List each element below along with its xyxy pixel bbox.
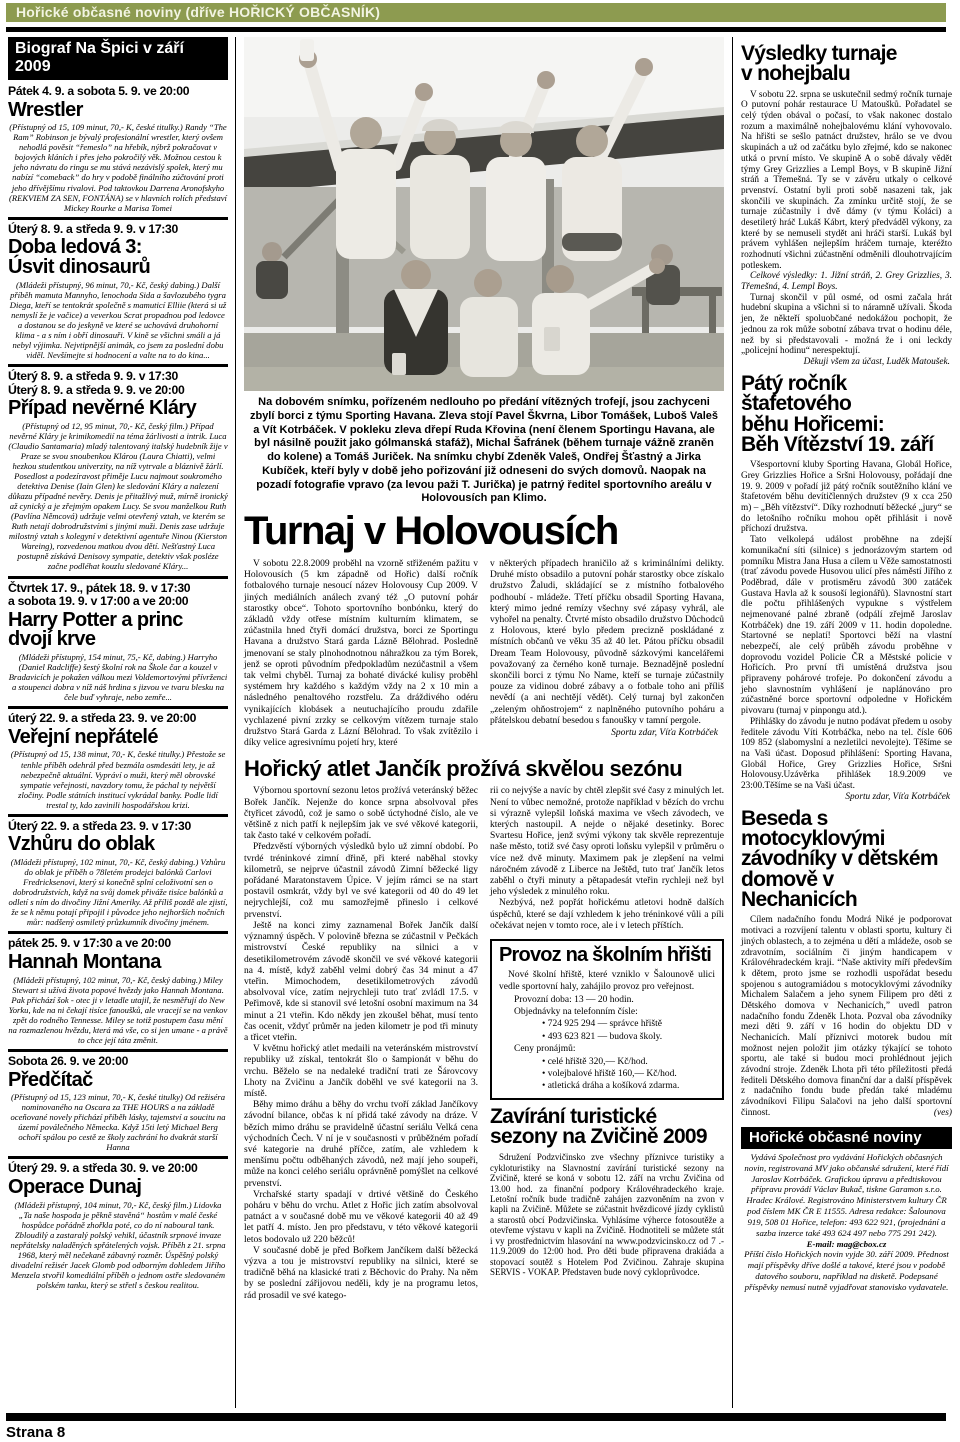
movie-title: Doba ledová 3: Úsvit dinosaurů <box>8 238 228 277</box>
movie-description: (Mládeži přístupný, 102 minut, 70,- Kč, … <box>8 857 228 927</box>
headline-jancik: Hořický atlet Jančík prožívá skvělou sez… <box>244 758 724 780</box>
movie-date: Úterý 8. 9. a středa 9. 9. v 17:30 <box>8 370 228 384</box>
article-paragraph: Všesportovní kluby Sporting Havana, Glob… <box>741 460 952 535</box>
box-line-phone: • 493 623 821 — budova školy. <box>499 1031 715 1043</box>
article-paragraph: V sobotu 22.8.2009 proběhl na vzorně stř… <box>244 559 478 749</box>
movie-title: Wrestler <box>8 101 228 121</box>
imprint-text: Příští číslo Hořických novin vyjde 30. z… <box>741 1249 952 1292</box>
box-line-price: • atletická dráha a košíková zdarma. <box>499 1080 715 1092</box>
article-holovousy: V sobotu 22.8.2009 proběhl na vzorně stř… <box>244 559 724 749</box>
box-intro: Nové školní hřiště, které vzniklo v Šalo… <box>499 969 715 994</box>
movie-listing: Pátek 4. 9. a sobota 5. 9. ve 20:00 Wres… <box>8 82 228 220</box>
page-content: Biograf Na Špici v září 2009 Pátek 4. 9.… <box>8 37 952 1408</box>
movie-description: (Přístupný od 15, 123 minut, 70,- K, čes… <box>8 1092 228 1152</box>
article-holovousy-col1: V sobotu 22.8.2009 proběhl na vzorně stř… <box>244 559 478 749</box>
article-paragraph: Sdružení Podzvičinsko zve všechny přízni… <box>490 1152 724 1277</box>
masthead: Hořické občasné noviny (dříve HOŘICKÝ OB… <box>6 3 946 22</box>
movie-title: Veřejní nepřátelé <box>8 728 228 748</box>
box-line: Ceny pronájmů: <box>499 1043 715 1055</box>
top-divider <box>6 27 946 32</box>
movie-date: úterý 22. 9. a středa 23. 9. ve 20:00 <box>8 712 228 726</box>
movie-description: (Přístupný od 15, 109 minut, 70,- K, čes… <box>8 122 228 212</box>
movie-description: (Mládeži přístupný, 104 minut, 70,- Kč, … <box>8 1200 228 1290</box>
movie-description: (Mládeži přístupný, 102 minut, 70,- Kč, … <box>8 975 228 1045</box>
article-paragraph: Ještě na konci zimy zaznamenal Bořek Jan… <box>244 921 478 1044</box>
article-paragraph: Přihlášky do závodu je nutno podávat pře… <box>741 717 952 792</box>
movie-date: pátek 25. 9. v 17:30 a ve 20:00 <box>8 937 228 951</box>
school-field-box: Provoz na školním hřišti Nové školní hři… <box>490 939 724 1099</box>
movie-date: Sobota 26. 9. ve 20:00 <box>8 1055 228 1069</box>
masthead-title: Hořické občasné noviny (dříve HOŘICKÝ OB… <box>16 4 380 20</box>
article-zvicina: Zavírání turistické sezony na Zvičině 20… <box>490 1107 724 1278</box>
article-paragraph: v některých případech hraničilo až s kri… <box>490 559 724 727</box>
movie-date: Úterý 22. 9. a středa 23. 9. v 17:30 <box>8 820 228 834</box>
article-beh: Pátý ročník štafetového běhu Hořicemi: B… <box>741 374 952 802</box>
article-paragraph: Tato velkolepá událost proběhne na zdejš… <box>741 535 952 717</box>
article-jancik-col1: Výbornou sportovní sezonu letos prožívá … <box>244 786 478 1301</box>
movie-title: Předčítač <box>8 1071 228 1091</box>
article-paragraph: Nezbývá, než popřát hořickému atletovi h… <box>490 898 724 932</box>
movie-date: Úterý 8. 9. a středa 9. 9. v 17:30 <box>8 223 228 237</box>
box-line-phone: • 724 925 294 — správce hřiště <box>499 1018 715 1030</box>
movie-description: (Mládeži přístupný, 154 minut, 75,- Kč, … <box>8 652 228 702</box>
imprint-box: Hořické občasné noviny Vydává Společnost… <box>741 1127 952 1293</box>
movie-title: Harry Potter a princ dvojí krve <box>8 611 228 650</box>
headline-zvicina: Zavírání turistické sezony na Zvičině 20… <box>490 1107 724 1148</box>
headline-holovousy: Turnaj v Holovousích <box>244 511 724 551</box>
article-jancik-col2: rii co nejvýše a navíc by chtěl zlepšit … <box>490 786 724 1301</box>
article-holovousy-col2: v některých případech hraničilo až s kri… <box>490 559 724 749</box>
cinema-section-header: Biograf Na Špici v září 2009 <box>8 37 228 80</box>
movie-listing: Úterý 22. 9. a středa 23. 9. v 17:30 Vzh… <box>8 817 228 935</box>
article-paragraph: Výbornou sportovní sezonu letos prožívá … <box>244 786 478 842</box>
article-signature: Děkuji všem za účast, Luděk Matoušek. <box>741 357 950 367</box>
article-paragraph: V současné době je před Bořkem Jančíkem … <box>244 1246 478 1302</box>
movie-listing: Čtvrtek 17. 9., pátek 18. 9. v 17:30 a s… <box>8 579 228 710</box>
movie-listing: pátek 25. 9. v 17:30 a ve 20:00 Hannah M… <box>8 934 228 1052</box>
movie-title: Hannah Montana <box>8 953 228 973</box>
movie-title: Případ nevěrné Kláry <box>8 399 228 419</box>
article-paragraph: Běhy mimo dráhu a běhy do vrchu tvoří zá… <box>244 1100 478 1190</box>
imprint-email: E-mail: mag@cbox.cz <box>741 1239 952 1250</box>
article-paragraph: V květnu hořický atlet medaili na veterá… <box>244 1044 478 1100</box>
headline-beseda: Beseda s motocyklovými závodníky v dětsk… <box>741 809 952 911</box>
movie-date: Čtvrtek 17. 9., pátek 18. 9. v 17:30 <box>8 582 228 596</box>
newspaper-page: Hořické občasné noviny (dříve HOŘICKÝ OB… <box>0 0 960 1442</box>
box-line-price: • celé hřiště 320,— Kč/hod. <box>499 1056 715 1068</box>
bottom-divider <box>6 1413 946 1421</box>
movie-listing: Sobota 26. 9. ve 20:00 Předčítač (Přístu… <box>8 1052 228 1160</box>
article-signature: Sportu zdar, Víťa Kotrbáček <box>741 792 950 802</box>
article-paragraph: V sobotu 22. srpna se uskutečnil sedmý r… <box>741 90 952 272</box>
movie-date: Úterý 8. 9. a středa 9. 9. ve 20:00 <box>8 384 228 398</box>
movie-listing: Úterý 29. 9. a středa 30. 9. ve 20:00 Op… <box>8 1159 228 1294</box>
headline-beh: Pátý ročník štafetového běhu Hořicemi: B… <box>741 374 952 455</box>
main-column: Na dobovém snímku, pořízeném nedlouho po… <box>236 37 733 1408</box>
movie-description: (Mládeži přístupný, 96 minut, 70,- Kč, č… <box>8 280 228 360</box>
box-line-price: • volejbalové hřiště 160,— Kč/hod. <box>499 1068 715 1080</box>
movie-description: (Přístupný od 12, 95 minut, 70,- Kč, čes… <box>8 421 228 572</box>
article-paragraph: rii co nejvýše a navíc by chtěl zlepšit … <box>490 786 724 898</box>
movie-title: Operace Dunaj <box>8 1178 228 1198</box>
article-paragraph: Turnaj skončil v půl osmé, od osmi začal… <box>741 293 952 357</box>
movie-title: Vzhůru do oblak <box>8 835 228 855</box>
movie-listing: Úterý 8. 9. a středa 9. 9. v 17:30 Úterý… <box>8 367 228 579</box>
movie-date: Úterý 29. 9. a středa 30. 9. ve 20:00 <box>8 1162 228 1176</box>
article-jancik: Výbornou sportovní sezonu letos prožívá … <box>244 786 724 1301</box>
photo-caption: Na dobovém snímku, pořízeném nedlouho po… <box>246 396 722 506</box>
team-photo-image <box>244 37 724 391</box>
article-paragraph: Cílem nadačního fondu Modrá Niké je podp… <box>741 915 952 1118</box>
article-signature: Sportu zdar, Víťa Kotrbáček <box>490 728 718 738</box>
movie-date: a sobota 19. 9. v 17:00 a ve 20:00 <box>8 595 228 609</box>
cinema-column: Biograf Na Špici v září 2009 Pátek 4. 9.… <box>8 37 236 1408</box>
headline-school-field: Provoz na školním hřišti <box>499 944 715 967</box>
box-line: Provozní doba: 13 — 20 hodin. <box>499 994 715 1006</box>
article-nohejbal: Výsledky turnaje v nohejbalu V sobotu 22… <box>741 44 952 367</box>
right-column: Výsledky turnaje v nohejbalu V sobotu 22… <box>733 37 952 1408</box>
article-paragraph: Vrchařské starty spadají v drtivé většin… <box>244 1190 478 1246</box>
box-line: Objednávky na telefonním čísle: <box>499 1006 715 1018</box>
page-number: Strana 8 <box>6 1424 65 1441</box>
article-paragraph: Předzvěstí výborných výsledků bylo už zi… <box>244 842 478 920</box>
imprint-text: Vydává Společnost pro vydávání Hořických… <box>741 1152 952 1239</box>
article-beseda: Beseda s motocyklovými závodníky v dětsk… <box>741 809 952 1118</box>
team-photo <box>244 37 724 391</box>
movie-description: (Přístupný od 15, 138 minut, 70,- K, čes… <box>8 749 228 809</box>
headline-nohejbal: Výsledky turnaje v nohejbalu <box>741 44 952 85</box>
movie-date: Pátek 4. 9. a sobota 5. 9. ve 20:00 <box>8 85 228 99</box>
imprint-header: Hořické občasné noviny <box>741 1127 952 1149</box>
movie-listing: Úterý 8. 9. a středa 9. 9. v 17:30 Doba … <box>8 220 228 367</box>
movie-listing: úterý 22. 9. a středa 23. 9. ve 20:00 Ve… <box>8 709 228 817</box>
article-byline: (ves) <box>741 1108 952 1118</box>
tournament-results: Celkové výsledky: 1. Jižní stráň, 2. Gre… <box>741 271 952 292</box>
